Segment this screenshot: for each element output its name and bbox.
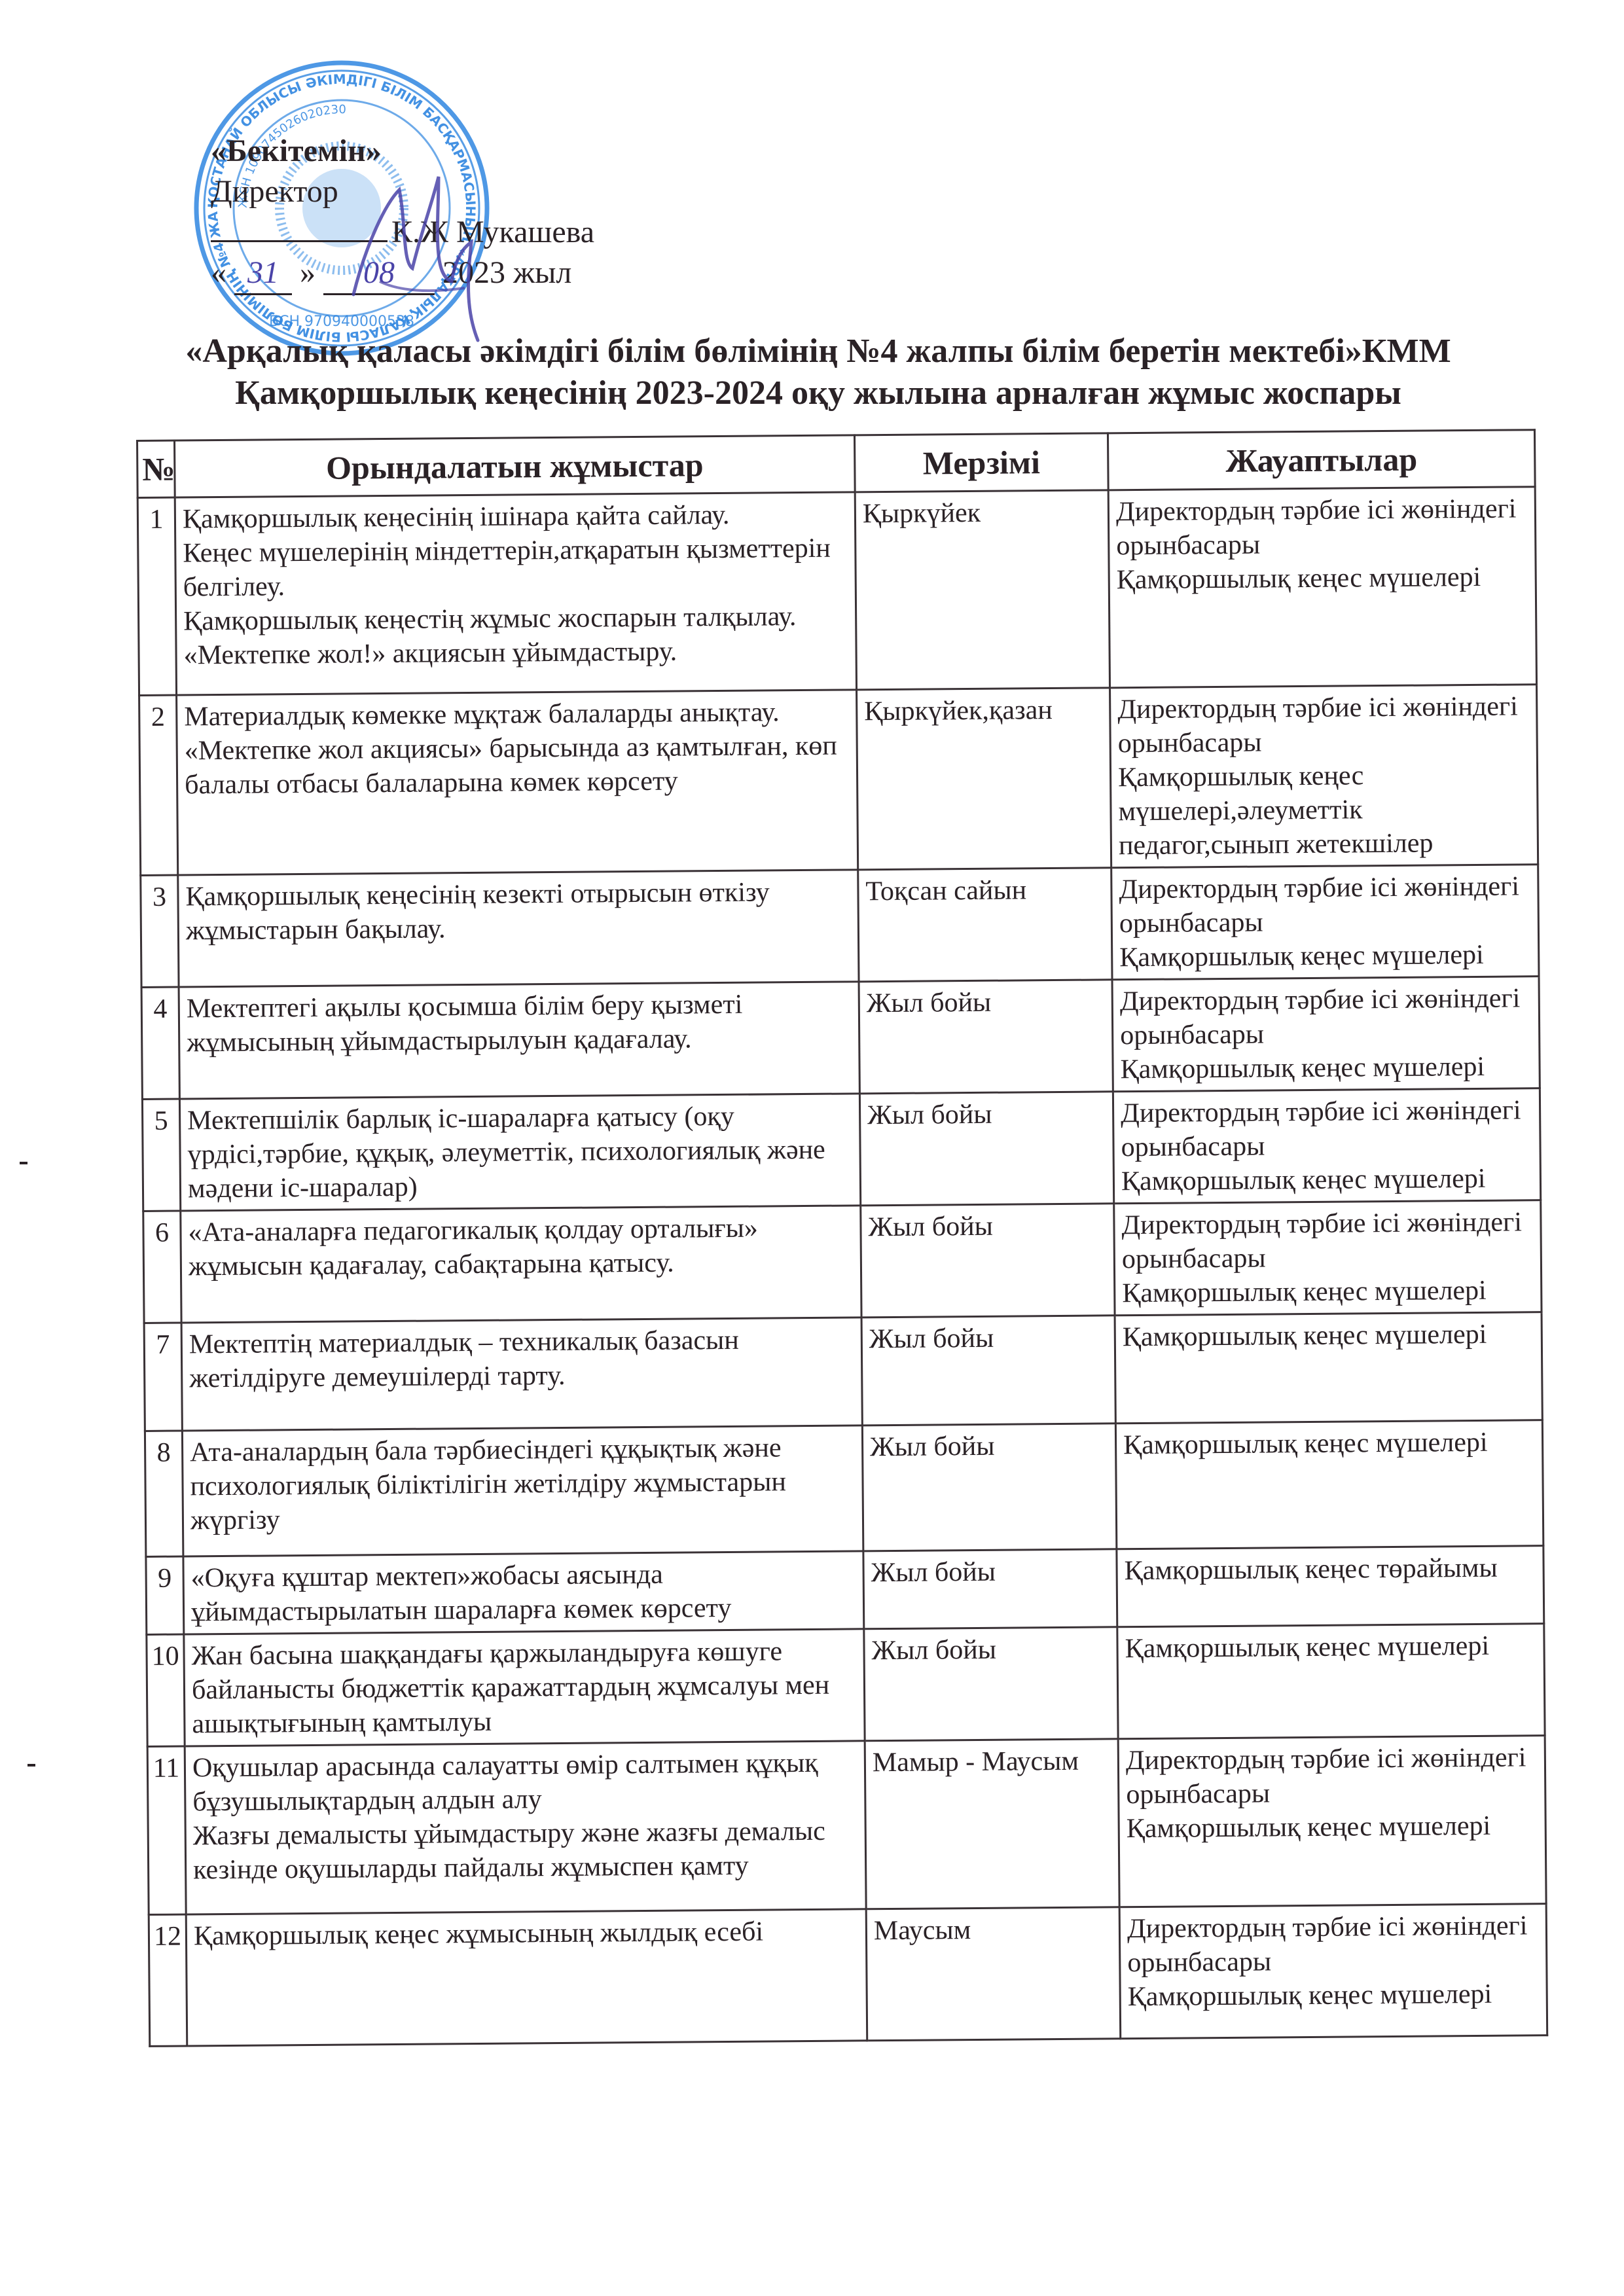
task-cell: Мектепшілік барлық іс-шараларға қатысу (…: [179, 1094, 860, 1211]
deadline-cell: Тоқсан сайын: [858, 868, 1112, 982]
responsible-text: Қамқоршылық кеңес мүшелері: [1119, 937, 1531, 975]
deadline-cell: Жыл бойы: [861, 1316, 1115, 1426]
header-responsible: Жауаптылар: [1108, 430, 1536, 490]
row-number: 4: [141, 987, 179, 1099]
quote-close: »: [300, 255, 316, 290]
task-text: Қамқоршылық кеңес жұмысының жылдық есебі: [194, 1914, 859, 1953]
responsible-text: Қамқоршылық кеңес мүшелері: [1117, 560, 1528, 597]
quote-open: «: [211, 255, 226, 290]
row-number: 3: [141, 875, 179, 987]
row-number: 12: [149, 1914, 187, 2046]
responsible-cell: Директордың тәрбие ісі жөніндегі орынбас…: [1110, 685, 1538, 868]
task-text: Кеңес мүшелерінің міндеттерін,атқаратын …: [183, 531, 848, 604]
responsible-text: Қамқоршылық кеңес мүшелері: [1120, 1049, 1532, 1086]
row-number: 11: [147, 1746, 186, 1914]
responsible-cell: Қамқоршылық кеңес мүшелері: [1115, 1420, 1543, 1549]
responsible-cell: Директордың тәрбие ісі жөніндегі орынбас…: [1119, 1904, 1547, 2039]
responsible-text: Директордың тәрбие ісі жөніндегі орынбас…: [1121, 1205, 1534, 1276]
header-tasks: Орындалатын жұмыстар: [175, 435, 856, 497]
row-number: 6: [143, 1211, 181, 1323]
deadline-cell: Жыл бойы: [859, 1092, 1113, 1206]
signature-icon: [340, 164, 511, 353]
row-number: 10: [147, 1634, 185, 1746]
task-cell: Оқушылар арасында салауатты өмір салтыме…: [185, 1741, 866, 1914]
responsible-text: Директордың тәрбие ісі жөніндегі орынбас…: [1120, 981, 1532, 1052]
task-text: Қамқоршылық кеңесінің ішінара қайта сайл…: [183, 497, 848, 536]
responsible-text: Қамқоршылық кеңес мүшелері: [1125, 1628, 1536, 1666]
responsible-cell: Қамқоршылық кеңес мүшелері: [1115, 1312, 1542, 1424]
task-text: Материалдық көмекке мұқтаж балаларды аны…: [184, 694, 850, 802]
table-row: 12Қамқоршылық кеңес жұмысының жылдық есе…: [149, 1904, 1547, 2047]
responsible-text: Қамқоршылық кеңес төрайымы: [1124, 1551, 1536, 1588]
task-text: Ата-аналардың бала тәрбиесіндегі құқықты…: [190, 1430, 856, 1537]
task-cell: Ата-аналардың бала тәрбиесіндегі құқықты…: [182, 1426, 863, 1556]
responsible-cell: Директордың тәрбие ісі жөніндегі орынбас…: [1112, 977, 1540, 1092]
responsible-text: Қамқоршылық кеңес мүшелері: [1123, 1317, 1534, 1354]
table-row: 8Ата-аналардың бала тәрбиесіндегі құқықт…: [145, 1420, 1543, 1557]
table-body: 1 Қамқоршылық кеңесінің ішінара қайта са…: [137, 487, 1547, 2047]
task-cell: Қамқоршылық кеңесінің ішінара қайта сайл…: [175, 492, 856, 695]
deadline-cell: Маусым: [866, 1907, 1121, 2041]
responsible-cell: Қамқоршылық кеңес төрайымы: [1117, 1546, 1544, 1627]
deadline-cell: Жыл бойы: [859, 980, 1113, 1094]
header-deadline: Мерзімі: [854, 433, 1108, 492]
task-cell: Мектептегі ақылы қосымша білім беру қызм…: [179, 982, 859, 1099]
approval-day: 31: [234, 253, 292, 295]
task-text: Қамқоршылық кеңестің жұмыс жоспарын талқ…: [183, 599, 848, 638]
responsible-text: Директордың тәрбие ісі жөніндегі орынбас…: [1117, 689, 1530, 761]
responsible-text: Қамқоршылық кеңес мүшелері: [1127, 1808, 1538, 1846]
deadline-cell: Жыл бойы: [864, 1627, 1118, 1741]
table-row: 7Мектептің материалдық – техникалық база…: [144, 1312, 1542, 1431]
task-cell: Қамқоршылық кеңесінің кезекті отырысын ө…: [178, 870, 859, 987]
table-row: 1 Қамқоршылық кеңесінің ішінара қайта са…: [137, 487, 1536, 696]
task-text: Жазғы демалысты ұйымдастыру және жазғы д…: [193, 1814, 859, 1887]
task-text: «Мектепке жол!» акциясын ұйымдастыру.: [183, 633, 848, 672]
task-text: «Оқуға құштар мектеп»жобасы аясында ұйым…: [190, 1556, 856, 1629]
deadline-cell: Жыл бойы: [863, 1549, 1117, 1629]
header-number: №: [137, 440, 175, 497]
margin-mark: [27, 1764, 35, 1767]
row-number: 1: [137, 497, 176, 695]
table-header-row: № Орындалатын жұмыстар Мерзімі Жауаптыла…: [137, 430, 1536, 498]
row-number: 9: [146, 1556, 184, 1634]
row-number: 7: [144, 1323, 182, 1431]
responsible-text: Директордың тәрбие ісі жөніндегі орынбас…: [1116, 492, 1528, 563]
document-title: «Арқалық қаласы әкімдігі білім бөлімінің…: [131, 331, 1506, 414]
task-text: Мектептің материалдық – техникалық базас…: [189, 1322, 855, 1395]
task-cell: Қамқоршылық кеңес жұмысының жылдық есебі: [186, 1909, 867, 2046]
responsible-text: Қамқоршылық кеңес мүшелері: [1128, 1977, 1540, 2014]
table-row: 2Материалдық көмекке мұқтаж балаларды ан…: [139, 685, 1538, 876]
task-text: Жан басына шаққандағы қаржыландыруға көш…: [191, 1634, 857, 1741]
task-cell: «Оқуға құштар мектеп»жобасы аясында ұйым…: [183, 1551, 864, 1634]
deadline-cell: Жыл бойы: [861, 1204, 1115, 1318]
task-cell: Материалдық көмекке мұқтаж балаларды аны…: [177, 690, 858, 875]
table-row: 9«Оқуға құштар мектеп»жобасы аясында ұйы…: [146, 1546, 1544, 1635]
work-plan-table: № Орындалатын жұмыстар Мерзімі Жауаптыла…: [136, 429, 1548, 2047]
deadline-cell: Жыл бойы: [862, 1424, 1117, 1551]
responsible-text: Директордың тәрбие ісі жөніндегі орынбас…: [1121, 1093, 1533, 1164]
deadline-cell: Мамыр - Маусым: [865, 1739, 1119, 1909]
table-row: 5Мектепшілік барлық іс-шараларға қатысу …: [142, 1088, 1540, 1211]
responsible-cell: Қамқоршылық кеңес мүшелері: [1117, 1624, 1545, 1739]
responsible-text: Қамқоршылық кеңес мүшелері: [1122, 1273, 1534, 1310]
title-line-1: «Арқалық қаласы әкімдігі білім бөлімінің…: [131, 331, 1506, 372]
task-text: Мектепшілік барлық іс-шараларға қатысу (…: [187, 1098, 853, 1206]
responsible-text: Директордың тәрбие ісі жөніндегі орынбас…: [1127, 1909, 1540, 1980]
table-row: 3Қамқоршылық кеңесінің кезекті отырысын …: [141, 865, 1539, 988]
responsible-text: Қамқоршылық кеңес мүшелері,әлеуметтік пе…: [1118, 757, 1530, 863]
responsible-text: Қамқоршылық кеңес мүшелері: [1123, 1425, 1535, 1462]
responsible-cell: Директордың тәрбие ісі жөніндегі орынбас…: [1113, 1088, 1540, 1204]
table-row: 6«Ата-аналарға педагогикалық қолдау орта…: [143, 1200, 1542, 1323]
responsible-cell: Директордың тәрбие ісі жөніндегі орынбас…: [1114, 1200, 1542, 1316]
row-number: 2: [139, 695, 178, 875]
row-number: 5: [142, 1099, 180, 1211]
row-number: 8: [145, 1431, 183, 1556]
responsible-cell: Директордың тәрбие ісі жөніндегі орынбас…: [1108, 487, 1536, 688]
table-row: 11Оқушылар арасында салауатты өмір салты…: [147, 1736, 1546, 1915]
deadline-cell: Қыркүйек,қазан: [857, 688, 1111, 870]
responsible-text: Директордың тәрбие ісі жөніндегі орынбас…: [1126, 1740, 1538, 1812]
task-text: Қамқоршылық кеңесінің кезекті отырысын ө…: [185, 874, 851, 948]
table-row: 10Жан басына шаққандағы қаржыландыруға к…: [147, 1624, 1545, 1747]
table-row: 4Мектептегі ақылы қосымша білім беру қыз…: [141, 977, 1540, 1100]
title-line-2: Қамқоршылық кеңесінің 2023-2024 оқу жылы…: [131, 372, 1506, 414]
task-cell: Мектептің материалдық – техникалық базас…: [181, 1318, 862, 1431]
task-cell: Жан басына шаққандағы қаржыландыруға көш…: [184, 1629, 865, 1746]
task-cell: «Ата-аналарға педагогикалық қолдау ортал…: [181, 1206, 861, 1323]
responsible-cell: Директордың тәрбие ісі жөніндегі орынбас…: [1111, 865, 1539, 980]
responsible-text: Директордың тәрбие ісі жөніндегі орынбас…: [1119, 869, 1531, 941]
task-text: Оқушылар арасында салауатты өмір салтыме…: [192, 1746, 858, 1819]
margin-mark: [20, 1162, 27, 1164]
task-text: «Ата-аналарға педагогикалық қолдау ортал…: [188, 1210, 854, 1283]
task-text: Мектептегі ақылы қосымша білім беру қызм…: [187, 986, 852, 1060]
deadline-cell: Қыркүйек: [855, 490, 1110, 690]
responsible-cell: Директордың тәрбие ісі жөніндегі орынбас…: [1118, 1736, 1546, 1907]
responsible-text: Қамқоршылық кеңес мүшелері: [1121, 1161, 1533, 1198]
